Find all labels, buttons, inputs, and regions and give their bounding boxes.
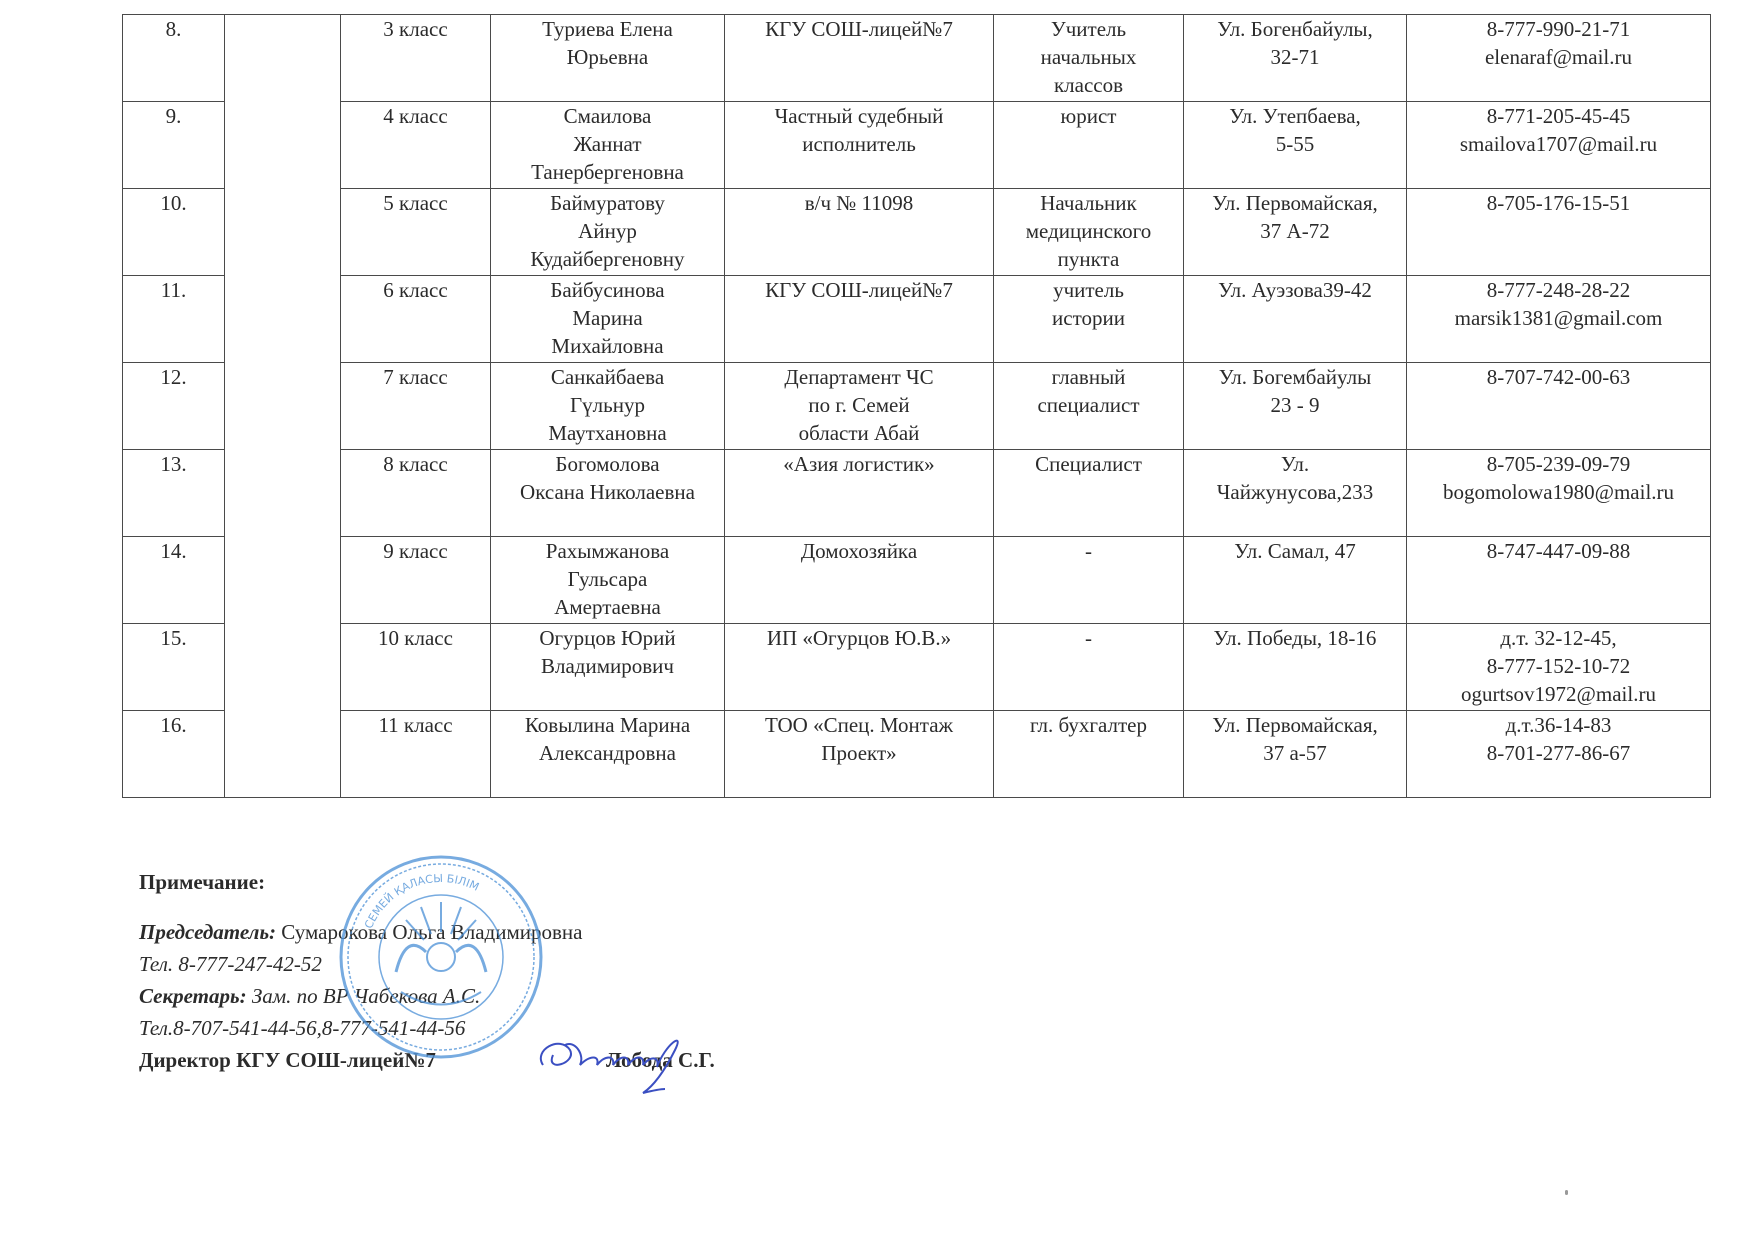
parent-name-line: Туриева Елена	[495, 15, 720, 43]
address-cell: Ул.Чайжунусова,233	[1184, 450, 1407, 537]
parent-name-line: Кудайбергеновну	[495, 245, 720, 273]
parent-name-line: Огурцов Юрий	[495, 624, 720, 652]
contacts-line: smailova1707@mail.ru	[1411, 130, 1706, 158]
parent-name-cell: СанкайбаеваГүльнурМаутхановна	[491, 363, 725, 450]
row-number: 10.	[123, 189, 225, 276]
row-number: 9.	[123, 102, 225, 189]
parent-name-line: Александровна	[495, 739, 720, 767]
row-number: 8.	[123, 15, 225, 102]
contacts-line: elenaraf@mail.ru	[1411, 43, 1706, 71]
contacts-line: marsik1381@gmail.com	[1411, 304, 1706, 332]
table-row: 11.6 классБайбусиноваМаринаМихайловнаКГУ…	[123, 276, 1711, 363]
parent-name-cell: Ковылина МаринаАлександровна	[491, 711, 725, 798]
workplace-cell: «Азия логистик»	[725, 450, 994, 537]
contacts-line: д.т. 32-12-45,	[1411, 624, 1706, 652]
position-line: классов	[998, 71, 1179, 99]
workplace-cell: КГУ СОШ-лицей№7	[725, 276, 994, 363]
table-body: 8.3 классТуриева ЕленаЮрьевнаКГУ СОШ-лиц…	[123, 15, 1711, 798]
workplace-line: КГУ СОШ-лицей№7	[729, 276, 989, 304]
position-cell: юрист	[994, 102, 1184, 189]
director-label: Директор КГУ СОШ-лицей№7	[139, 1048, 436, 1072]
contacts-line: д.т.36-14-83	[1411, 711, 1706, 739]
parent-name-cell: БаймуратовуАйнурКудайбергеновну	[491, 189, 725, 276]
grade-cell: 10 класс	[341, 624, 491, 711]
address-line: 5-55	[1188, 130, 1402, 158]
grade-cell: 5 класс	[341, 189, 491, 276]
parent-name-cell: СмаиловаЖаннатТанербергеновна	[491, 102, 725, 189]
address-line: Ул. Самал, 47	[1188, 537, 1402, 565]
workplace-line: «Азия логистик»	[729, 450, 989, 478]
parent-name-line: Айнур	[495, 217, 720, 245]
grade-cell: 9 класс	[341, 537, 491, 624]
workplace-cell: в/ч № 11098	[725, 189, 994, 276]
address-cell: Ул. Победы, 18-16	[1184, 624, 1407, 711]
row-number: 14.	[123, 537, 225, 624]
workplace-cell: КГУ СОШ-лицей№7	[725, 15, 994, 102]
address-line: 23 - 9	[1188, 391, 1402, 419]
secretary-line: Секретарь: Зам. по ВР Чабекова А.С.	[139, 980, 715, 1012]
workplace-line: Проект»	[729, 739, 989, 767]
address-line: Ул. Богенбайулы,	[1188, 15, 1402, 43]
parent-name-line: Рахымжанова	[495, 537, 720, 565]
position-cell: гл. бухгалтер	[994, 711, 1184, 798]
contacts-line: 8-777-152-10-72	[1411, 652, 1706, 680]
parent-name-line: Баймуратову	[495, 189, 720, 217]
contacts-line: 8-777-248-28-22	[1411, 276, 1706, 304]
address-cell: Ул. Утепбаева,5-55	[1184, 102, 1407, 189]
position-line: Учитель	[998, 15, 1179, 43]
parents-committee-table: 8.3 классТуриева ЕленаЮрьевнаКГУ СОШ-лиц…	[122, 14, 1711, 798]
position-cell: Учительначальныхклассов	[994, 15, 1184, 102]
position-line: пункта	[998, 245, 1179, 273]
director-name: Лобода С.Г.	[606, 1048, 715, 1072]
chair-phone-text: Тел. 8-777-247-42-52	[139, 952, 322, 976]
address-line: 32-71	[1188, 43, 1402, 71]
workplace-line: ИП «Огурцов Ю.В.»	[729, 624, 989, 652]
contacts-cell: д.т.36-14-838-701-277-86-67	[1407, 711, 1711, 798]
address-line: Ул. Первомайская,	[1188, 711, 1402, 739]
notes-heading: Примечание:	[139, 866, 715, 898]
parent-name-line: Маутхановна	[495, 419, 720, 447]
position-cell: учительистории	[994, 276, 1184, 363]
position-line: главный	[998, 363, 1179, 391]
contacts-line: 8-705-176-15-51	[1411, 189, 1706, 217]
table-row: 12.7 классСанкайбаеваГүльнурМаутхановнаД…	[123, 363, 1711, 450]
grade-cell: 8 класс	[341, 450, 491, 537]
director-line: Директор КГУ СОШ-лицей№7Лобода С.Г.	[139, 1044, 715, 1076]
parent-name-line: Байбусинова	[495, 276, 720, 304]
workplace-cell: Департамент ЧСпо г. Семейобласти Абай	[725, 363, 994, 450]
position-line: юрист	[998, 102, 1179, 130]
secretary-phone: Тел.8-707-541-44-56,8-777-541-44-56	[139, 1012, 715, 1044]
grade-cell: 4 класс	[341, 102, 491, 189]
workplace-cell: Домохозяйка	[725, 537, 994, 624]
position-line: специалист	[998, 391, 1179, 419]
parent-name-line: Юрьевна	[495, 43, 720, 71]
parent-name-line: Санкайбаева	[495, 363, 720, 391]
address-cell: Ул. Ауэзова39-42	[1184, 276, 1407, 363]
parent-name-line: Ковылина Марина	[495, 711, 720, 739]
parent-name-line: Марина	[495, 304, 720, 332]
workplace-cell: ИП «Огурцов Ю.В.»	[725, 624, 994, 711]
parent-name-line: Владимирович	[495, 652, 720, 680]
workplace-line: в/ч № 11098	[729, 189, 989, 217]
parent-name-line: Танербергеновна	[495, 158, 720, 186]
contacts-line: 8-747-447-09-88	[1411, 537, 1706, 565]
position-line: медицинского	[998, 217, 1179, 245]
contacts-line: 8-705-239-09-79	[1411, 450, 1706, 478]
address-line: Ул.	[1188, 450, 1402, 478]
parent-name-line: Богомолова	[495, 450, 720, 478]
scan-speck	[1565, 1190, 1568, 1195]
chair-line: Председатель: Сумарокова Ольга Владимиро…	[139, 916, 715, 948]
parent-name-line: Оксана Николаевна	[495, 478, 720, 506]
parent-name-line: Амертаевна	[495, 593, 720, 621]
address-line: Ул. Ауэзова39-42	[1188, 276, 1402, 304]
workplace-line: Департамент ЧС	[729, 363, 989, 391]
parent-name-cell: Огурцов ЮрийВладимирович	[491, 624, 725, 711]
contacts-cell: д.т. 32-12-45,8-777-152-10-72ogurtsov197…	[1407, 624, 1711, 711]
address-cell: Ул. Богенбайулы,32-71	[1184, 15, 1407, 102]
table-row: 8.3 классТуриева ЕленаЮрьевнаКГУ СОШ-лиц…	[123, 15, 1711, 102]
position-line: Начальник	[998, 189, 1179, 217]
address-line: Ул. Утепбаева,	[1188, 102, 1402, 130]
position-cell: главныйспециалист	[994, 363, 1184, 450]
row-number: 13.	[123, 450, 225, 537]
position-line: начальных	[998, 43, 1179, 71]
contacts-cell: 8-777-990-21-71elenaraf@mail.ru	[1407, 15, 1711, 102]
address-cell: Ул. Самал, 47	[1184, 537, 1407, 624]
parent-name-line: Гүльнур	[495, 391, 720, 419]
address-line: Ул. Победы, 18-16	[1188, 624, 1402, 652]
workplace-line: ТОО «Спец. Монтаж	[729, 711, 989, 739]
address-cell: Ул. Первомайская,37 А-72	[1184, 189, 1407, 276]
contacts-line: 8-707-742-00-63	[1411, 363, 1706, 391]
parent-name-cell: БайбусиноваМаринаМихайловна	[491, 276, 725, 363]
parent-name-line: Гульсара	[495, 565, 720, 593]
workplace-cell: ТОО «Спец. МонтажПроект»	[725, 711, 994, 798]
address-line: Ул. Первомайская,	[1188, 189, 1402, 217]
address-cell: Ул. Богембайулы23 - 9	[1184, 363, 1407, 450]
position-cell: Начальникмедицинскогопункта	[994, 189, 1184, 276]
position-line: -	[998, 624, 1179, 652]
position-cell: Специалист	[994, 450, 1184, 537]
chair-label: Председатель:	[139, 920, 276, 944]
grade-cell: 3 класс	[341, 15, 491, 102]
contacts-cell: 8-747-447-09-88	[1407, 537, 1711, 624]
chair-phone: Тел. 8-777-247-42-52	[139, 948, 715, 980]
table-row: 14.9 классРахымжановаГульсараАмертаевнаД…	[123, 537, 1711, 624]
secretary-name: Зам. по ВР Чабекова А.С.	[247, 984, 481, 1008]
grade-cell: 11 класс	[341, 711, 491, 798]
chair-name: Сумарокова Ольга Владимировна	[276, 920, 582, 944]
workplace-line: КГУ СОШ-лицей№7	[729, 15, 989, 43]
row-number: 15.	[123, 624, 225, 711]
parent-name-cell: РахымжановаГульсараАмертаевна	[491, 537, 725, 624]
position-line: учитель	[998, 276, 1179, 304]
parent-name-line: Смаилова	[495, 102, 720, 130]
parent-name-cell: Туриева ЕленаЮрьевна	[491, 15, 725, 102]
workplace-line: области Абай	[729, 419, 989, 447]
address-line: Чайжунусова,233	[1188, 478, 1402, 506]
position-line: Специалист	[998, 450, 1179, 478]
parent-name-line: Жаннат	[495, 130, 720, 158]
address-cell: Ул. Первомайская,37 а-57	[1184, 711, 1407, 798]
secretary-phone-text: Тел.8-707-541-44-56,8-777-541-44-56	[139, 1016, 465, 1040]
parent-name-line: Михайловна	[495, 332, 720, 360]
grade-cell: 7 класс	[341, 363, 491, 450]
address-line: Ул. Богембайулы	[1188, 363, 1402, 391]
row-number: 12.	[123, 363, 225, 450]
notes-section: Примечание: Председатель: Сумарокова Оль…	[139, 866, 715, 1076]
contacts-cell: 8-707-742-00-63	[1407, 363, 1711, 450]
address-line: 37 а-57	[1188, 739, 1402, 767]
table-row: 10.5 классБаймуратовуАйнурКудайбергеновн…	[123, 189, 1711, 276]
contacts-line: 8-771-205-45-45	[1411, 102, 1706, 130]
row-number: 11.	[123, 276, 225, 363]
position-line: истории	[998, 304, 1179, 332]
position-line: -	[998, 537, 1179, 565]
table-row: 15.10 классОгурцов ЮрийВладимировичИП «О…	[123, 624, 1711, 711]
workplace-cell: Частный судебныйисполнитель	[725, 102, 994, 189]
contacts-line: bogomolowa1980@mail.ru	[1411, 478, 1706, 506]
workplace-line: по г. Семей	[729, 391, 989, 419]
workplace-line: исполнитель	[729, 130, 989, 158]
contacts-cell: 8-705-176-15-51	[1407, 189, 1711, 276]
contacts-cell: 8-771-205-45-45smailova1707@mail.ru	[1407, 102, 1711, 189]
contacts-line: ogurtsov1972@mail.ru	[1411, 680, 1706, 708]
workplace-line: Частный судебный	[729, 102, 989, 130]
position-cell: -	[994, 537, 1184, 624]
secretary-label: Секретарь:	[139, 984, 247, 1008]
workplace-line: Домохозяйка	[729, 537, 989, 565]
address-line: 37 А-72	[1188, 217, 1402, 245]
contacts-cell: 8-705-239-09-79bogomolowa1980@mail.ru	[1407, 450, 1711, 537]
position-line: гл. бухгалтер	[998, 711, 1179, 739]
contacts-line: 8-701-277-86-67	[1411, 739, 1706, 767]
table-row: 9.4 классСмаиловаЖаннатТанербергеновнаЧа…	[123, 102, 1711, 189]
contacts-cell: 8-777-248-28-22marsik1381@gmail.com	[1407, 276, 1711, 363]
row-number: 16.	[123, 711, 225, 798]
contacts-line: 8-777-990-21-71	[1411, 15, 1706, 43]
position-cell: -	[994, 624, 1184, 711]
table-row: 16.11 классКовылина МаринаАлександровнаТ…	[123, 711, 1711, 798]
parent-name-cell: БогомоловаОксана Николаевна	[491, 450, 725, 537]
blank-cell	[225, 15, 341, 798]
table-row: 13.8 классБогомоловаОксана Николаевна«Аз…	[123, 450, 1711, 537]
grade-cell: 6 класс	[341, 276, 491, 363]
